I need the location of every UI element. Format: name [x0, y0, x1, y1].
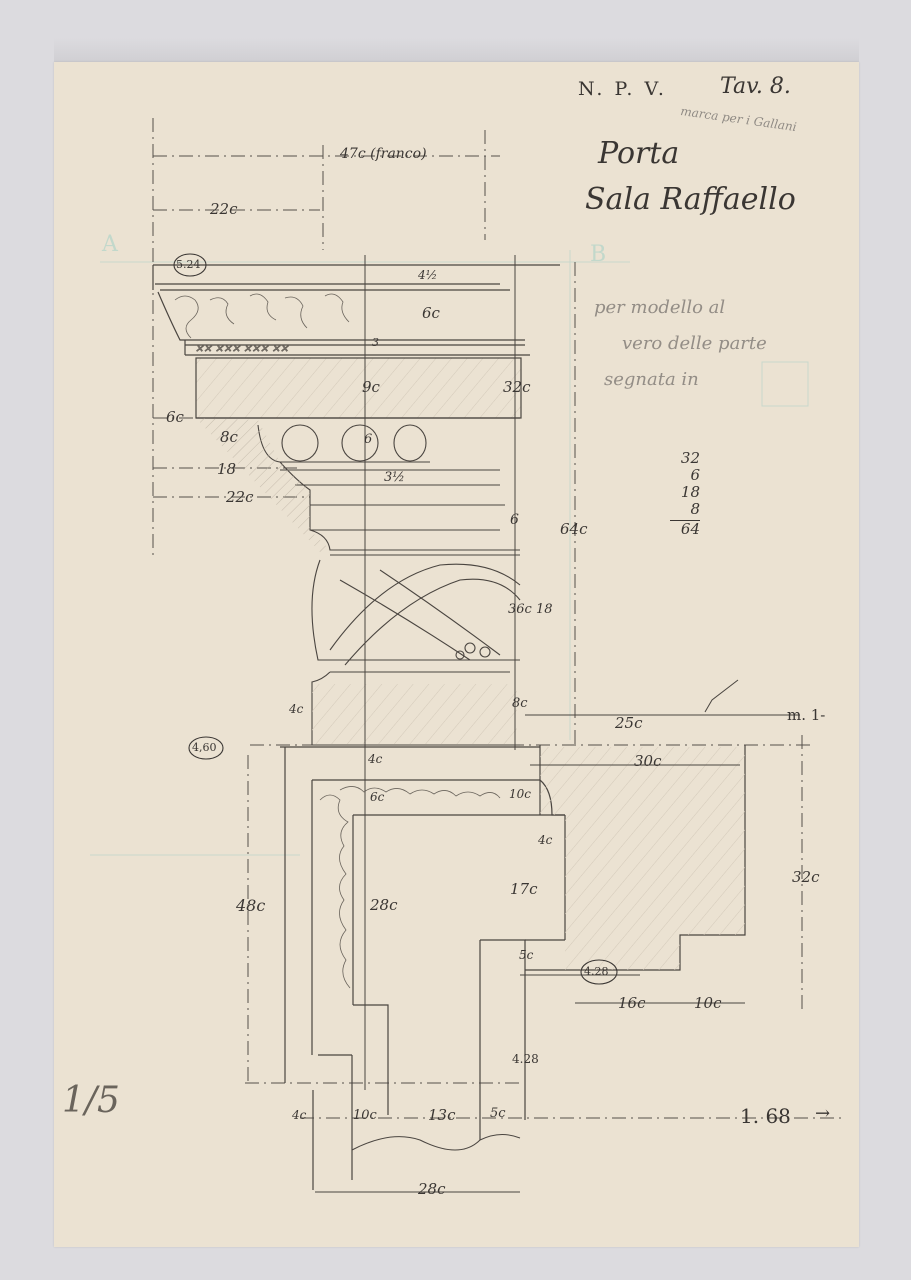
dim-cornice-top: 4½: [418, 268, 437, 282]
dim-base-block: 8c: [512, 696, 528, 711]
dim-total-height: 64c: [560, 520, 588, 538]
guide-lines: [153, 118, 845, 1118]
dim-wall-height: 32c: [792, 868, 820, 886]
elevation-top: 5.24: [176, 258, 201, 271]
title-line-2: Sala Raffaello: [585, 182, 796, 217]
wall-section-hatch: [540, 747, 745, 970]
dim-egg-dart: 6: [364, 432, 372, 447]
dim-bottom-4: 4c: [292, 1108, 306, 1122]
dim-diag-8: 8c: [220, 428, 238, 446]
dim-wall-width: 30c: [634, 752, 662, 770]
elevation-lower-plain: 4.28: [512, 1052, 539, 1066]
dim-cornice-bead: 3: [372, 336, 379, 349]
dim-diag-22: 22c: [226, 488, 254, 506]
dim-step-w1: 16c: [618, 994, 646, 1012]
dim-frieze-band: 9c: [362, 378, 380, 396]
addend: 6: [670, 467, 700, 484]
addend: 8: [670, 501, 700, 518]
dim-twist-band: 36c 18: [508, 602, 553, 617]
dim-frame-height: 28c: [370, 896, 398, 914]
dim-cornice-frieze: 6c: [422, 304, 440, 322]
dim-base-left: 4c: [289, 702, 303, 716]
dim-bottom-5: 5c: [490, 1106, 506, 1121]
dim-frame-small: 4c: [538, 833, 552, 847]
plate-number: Tav. 8.: [720, 74, 791, 99]
sum-total: 64: [670, 520, 700, 538]
header-ref: N. P. V.: [578, 78, 667, 100]
dim-step-w2: 10c: [694, 994, 722, 1012]
side-note-line: segnata in: [604, 362, 767, 398]
break-line: [352, 1134, 520, 1150]
dim-frame-right: 10c: [509, 787, 531, 801]
cornice: [153, 265, 560, 418]
title-line-1: Porta: [598, 136, 679, 171]
dim-bottom-10: 10c: [353, 1108, 377, 1123]
svg-text:✕✕ ✕✕✕ ✕✕✕ ✕✕: ✕✕ ✕✕✕ ✕✕✕ ✕✕: [195, 344, 289, 355]
dim-entablature: 32c: [503, 378, 531, 396]
scale-label: 1/5: [62, 1080, 120, 1121]
dim-step: 5c: [519, 948, 533, 962]
dim-inner-height: 17c: [510, 880, 538, 898]
grid-letter-a: A: [102, 232, 118, 257]
grid-letter-b: B: [590, 242, 606, 267]
dim-bottom-total: 28c: [418, 1180, 446, 1198]
dim-left-offset: 6c: [166, 408, 184, 426]
side-note-line: per modello al: [594, 290, 767, 326]
dim-fillet: 3½: [384, 470, 405, 485]
dim-jamb-top: 4c: [368, 752, 382, 766]
dim-wall-top: 25c: [615, 714, 643, 732]
frame-ornament: [320, 786, 500, 988]
dim-diag-18: 18: [217, 460, 236, 478]
side-note: per modello al vero delle parte segnata …: [594, 290, 767, 398]
elevation-middle: 4,60: [192, 741, 217, 754]
dim-width-total: 47c (franco): [340, 146, 427, 162]
dim-width-half: 22c: [210, 200, 238, 218]
dim-fascia: 6: [510, 512, 519, 528]
leader-line: [705, 680, 738, 712]
dim-bottom-13: 13c: [428, 1106, 456, 1124]
elevation-bottom: 1. 68: [740, 1104, 791, 1128]
side-note-line: vero delle parte: [622, 326, 767, 362]
elevation-lower: 4.28: [584, 965, 609, 978]
sum-calculation: 32 6 18 8 64: [670, 450, 700, 538]
addend: 18: [670, 484, 700, 501]
arrow-right-icon: →: [815, 1103, 830, 1124]
base-block-hatch: [312, 684, 517, 744]
dim-jamb-height: 48c: [236, 896, 265, 915]
addend: 32: [670, 450, 700, 467]
dim-frame-top: 6c: [370, 790, 384, 804]
level-mark: m. 1-: [787, 706, 825, 724]
acanthus-ornament: ✕✕ ✕✕✕ ✕✕✕ ✕✕: [175, 294, 349, 355]
